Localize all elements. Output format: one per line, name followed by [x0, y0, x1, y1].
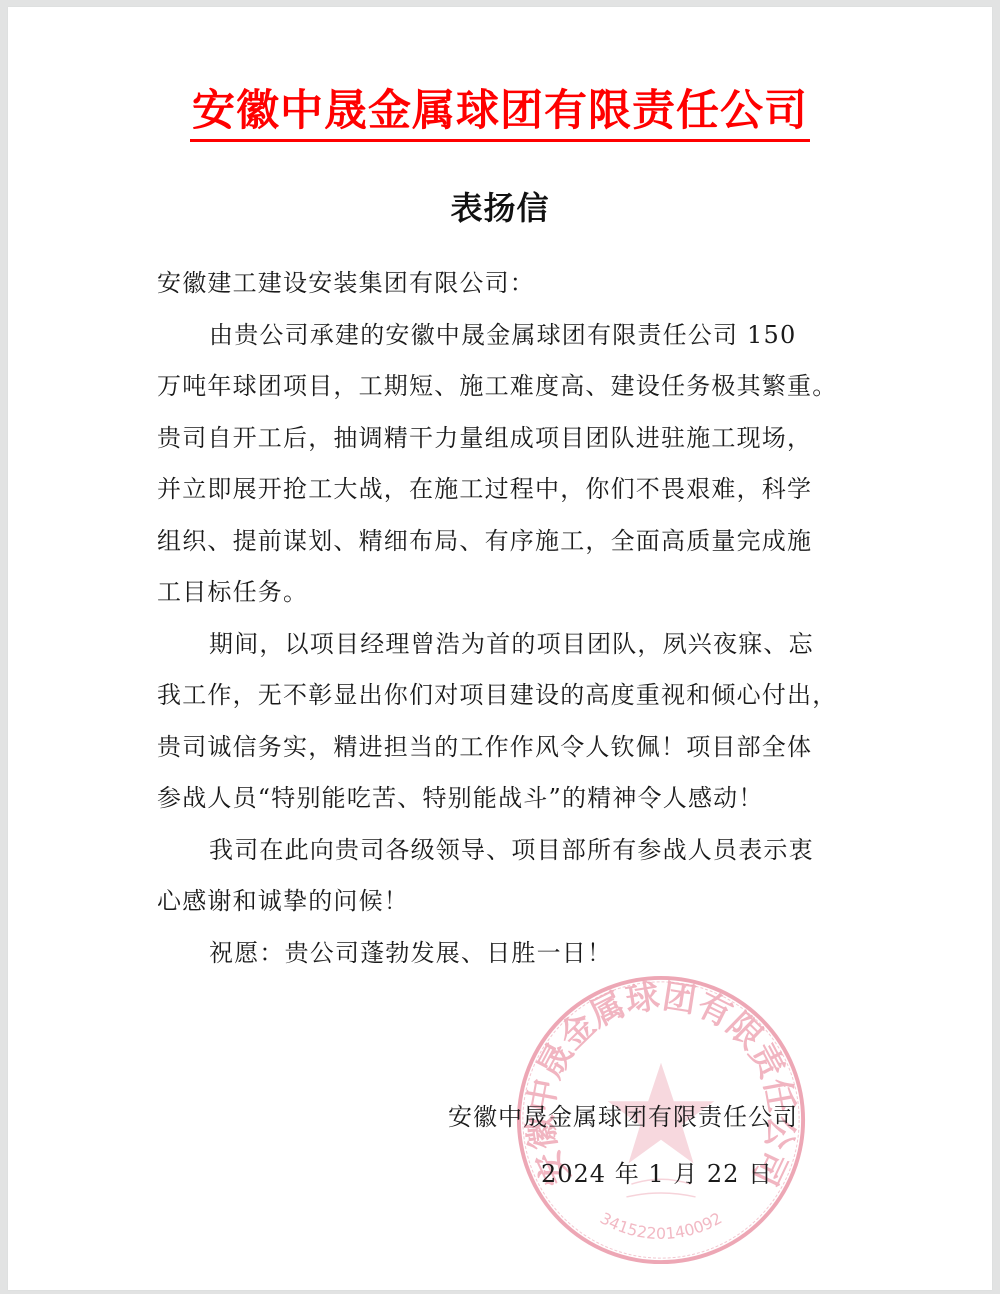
paragraph-3: 我司在此向贵司各级领导、项目部所有参战人员表示衷 心感谢和诚挚的问候！ — [157, 825, 847, 928]
text-line: 我工作，无不彰显出你们对项目建设的高度重视和倾心付出， — [157, 670, 847, 722]
text-line: 工目标任务。 — [157, 567, 847, 619]
text-line: 参战人员“特别能吃苦、特别能战斗”的精神令人感动！ — [157, 773, 847, 825]
text-line: 万吨年球团项目，工期短、施工难度高、建设任务极其繁重。 — [157, 361, 847, 413]
salutation: 安徽建工建设安装集团有限公司： — [157, 258, 847, 310]
text-line: 由贵公司承建的安徽中晟金属球团有限责任公司 150 — [157, 310, 847, 362]
text-line: 贵司诚信务实，精进担当的工作作风令人钦佩！项目部全体 — [157, 722, 847, 774]
text-line: 贵司自开工后，抽调精干力量组成项目团队进驻施工现场， — [157, 413, 847, 465]
letter-page: 安徽中晟金属球团有限责任公司 表扬信 安徽建工建设安装集团有限公司： 由贵公司承… — [8, 7, 992, 1290]
text-line: 期间，以项目经理曾浩为首的项目团队，夙兴夜寐、忘 — [157, 619, 847, 671]
signature-company: 安徽中晟金属球团有限责任公司 — [448, 1097, 828, 1132]
text-line: 我司在此向贵司各级领导、项目部所有参战人员表示衷 — [157, 825, 847, 877]
document-title: 表扬信 — [8, 183, 992, 229]
text-line: 组织、提前谋划、精细布局、有序施工，全面高质量完成施 — [157, 516, 847, 568]
text-line: 并立即展开抢工大战，在施工过程中，你们不畏艰难，科学 — [157, 464, 847, 516]
letterhead: 安徽中晟金属球团有限责任公司 — [8, 85, 992, 142]
salutation-line: 安徽建工建设安装集团有限公司： — [157, 258, 847, 310]
text-line: 心感谢和诚挚的问候！ — [157, 876, 847, 928]
svg-text:3415220140092: 3415220140092 — [597, 1208, 725, 1243]
paragraph-2: 期间，以项目经理曾浩为首的项目团队，夙兴夜寐、忘 我工作，无不彰显出你们对项目建… — [157, 619, 847, 825]
signature-date: 2024 年 1 月 22 日 — [541, 1154, 828, 1189]
letter-body: 安徽建工建设安装集团有限公司： 由贵公司承建的安徽中晟金属球团有限责任公司 15… — [157, 258, 847, 979]
paragraph-1: 由贵公司承建的安徽中晟金属球团有限责任公司 150 万吨年球团项目，工期短、施工… — [157, 310, 847, 619]
stamp-serial-number: 3415220140092 — [597, 1208, 725, 1243]
signature-block: 安徽中晟金属球团有限责任公司 2024 年 1 月 22 日 — [448, 1097, 828, 1189]
letterhead-company-name: 安徽中晟金属球团有限责任公司 — [190, 85, 810, 142]
